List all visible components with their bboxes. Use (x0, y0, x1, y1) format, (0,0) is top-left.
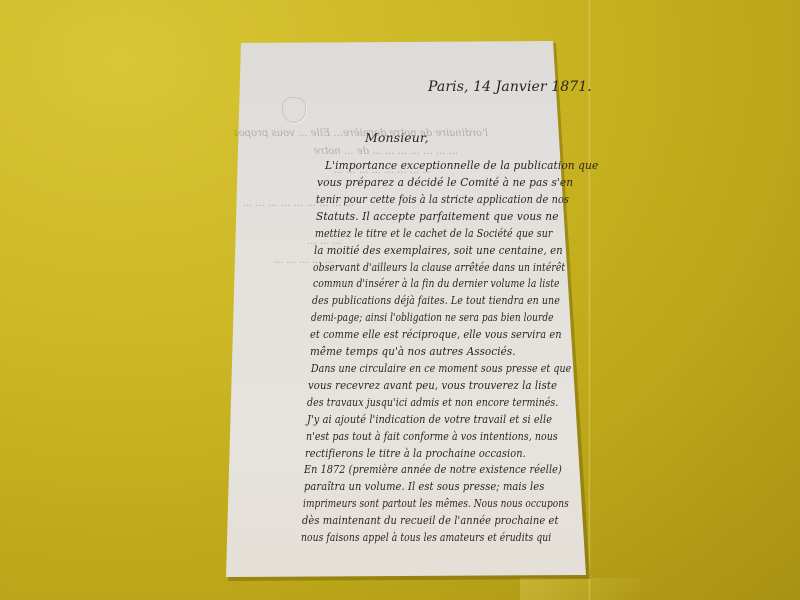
letter-line: nous faisons appel à tous les amateurs e… (301, 530, 551, 544)
letter-line: mettiez le titre et le cachet de la Soci… (315, 226, 552, 240)
letter-line: L'importance exceptionnelle de la public… (325, 158, 598, 172)
letter-line: tenir pour cette fois à la stricte appli… (316, 192, 569, 206)
letter-line: la moitié des exemplaires, soit une cent… (314, 243, 563, 257)
letter-line: n'est pas tout à fait conforme à vos int… (306, 429, 558, 443)
letter-line: rectifierons le titre à la prochaine occ… (305, 446, 526, 460)
letter-line: observant d'ailleurs la clause arrêtée d… (313, 260, 565, 274)
letter-line: J'y ai ajouté l'indication de votre trav… (307, 412, 552, 426)
letter-place-date: Paris, 14 Janvier 1871. (428, 79, 592, 95)
embossed-seal-icon (282, 97, 306, 123)
letter-line: paraîtra un volume. Il est sous presse; … (304, 479, 544, 493)
letter-line: dès maintenant du recueil de l'année pro… (302, 513, 559, 527)
letter-line: même temps qu'à nos autres Associés. (310, 344, 516, 358)
letter-line: des publications déjà faites. Le tout ti… (312, 293, 560, 307)
letter-line: Statuts. Il accepte parfaitement que vou… (316, 209, 559, 223)
letter-line: et comme elle est réciproque, elle vous … (310, 327, 562, 341)
letter-line: vous préparez a décidé le Comité à ne pa… (317, 175, 573, 189)
letter-line: imprimeurs sont partout les mêmes. Nous … (303, 496, 569, 510)
letter-line: des travaux jusqu'ici admis et non encor… (307, 395, 558, 409)
letter-line: vous recevrez avant peu, vous trouverez … (308, 378, 557, 392)
background-fold-corner (520, 578, 640, 600)
letter-line: demi-page; ainsi l'obligation ne sera pa… (311, 310, 554, 324)
letter-line: En 1872 (première année de notre existen… (304, 462, 562, 476)
letter-line: Dans une circulaire en ce moment sous pr… (311, 361, 571, 375)
show-through-text: ... ... ... ... ... ... ... de ... notre (258, 146, 458, 157)
letter-salutation: Monsieur, (365, 130, 429, 145)
letter-line: commun d'insérer à la fin du dernier vol… (313, 276, 560, 290)
